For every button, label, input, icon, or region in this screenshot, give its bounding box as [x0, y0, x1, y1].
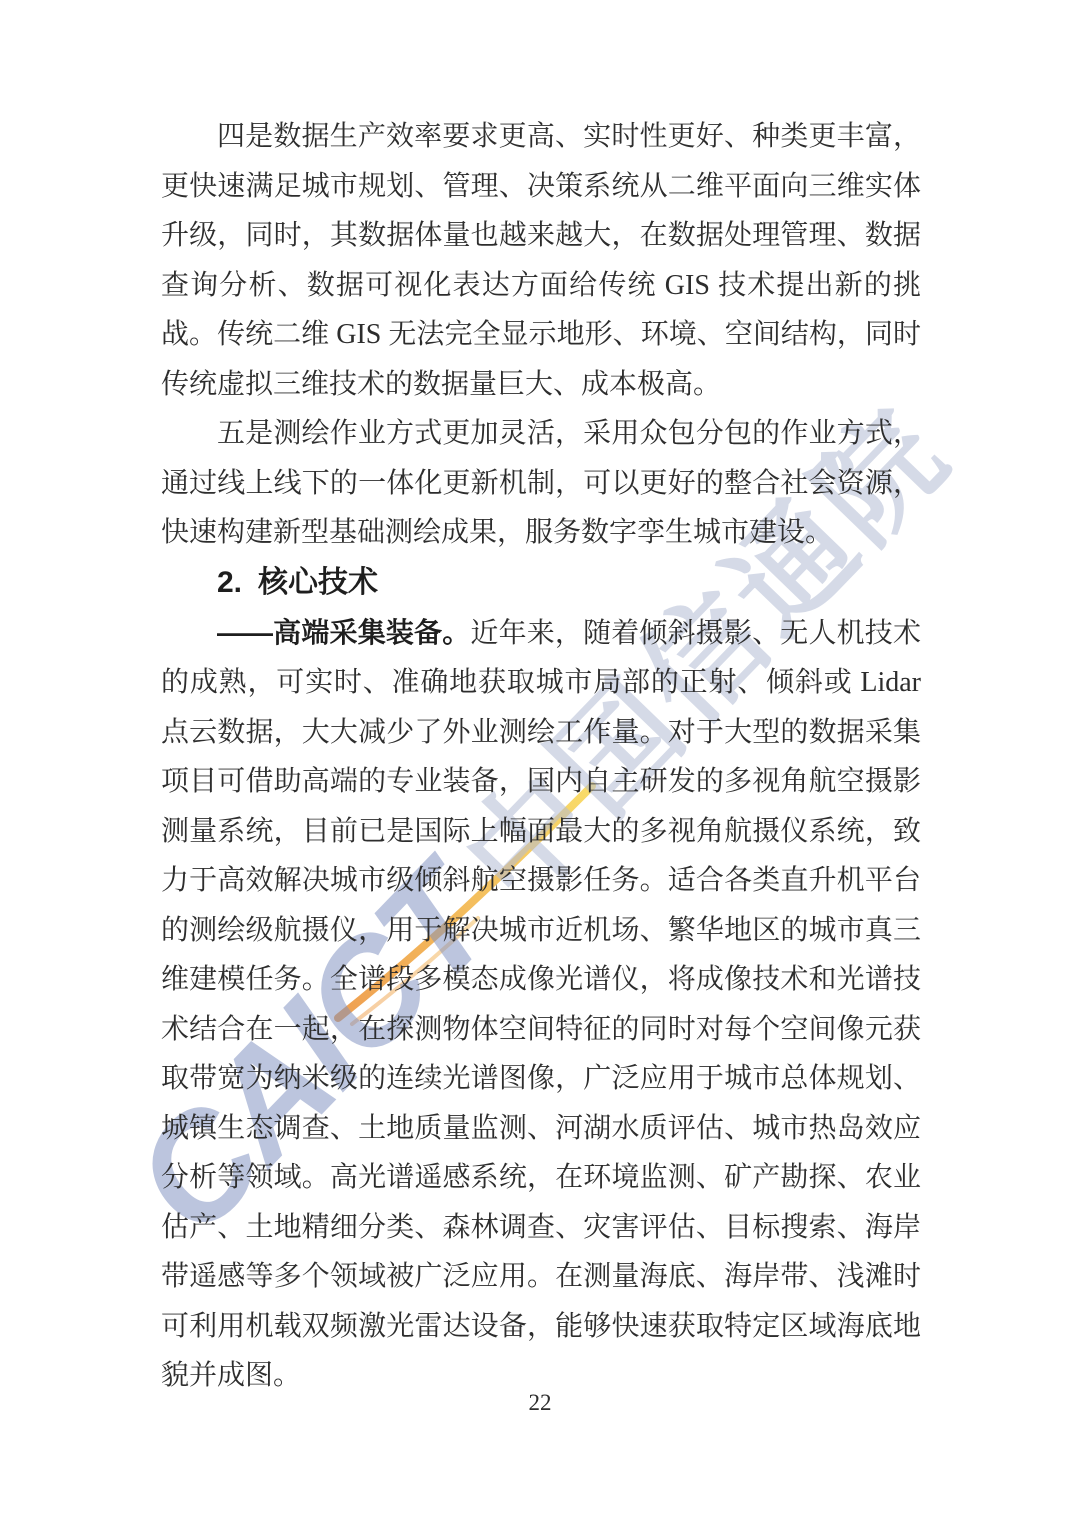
document-content: 四是数据生产效率要求更高、实时性更好、种类更丰富，更快速满足城市规划、管理、决策…	[161, 112, 921, 1401]
section-heading-core-tech: 2.核心技术	[161, 558, 921, 608]
paragraph-point-five: 五是测绘作业方式更加灵活，采用众包分包的作业方式，通过线上线下的一体化更新机制，…	[161, 409, 921, 558]
paragraph-high-end-equipment: ——高端采集装备。近年来，随着倾斜摄影、无人机技术的成熟，可实时、准确地获取城市…	[161, 608, 921, 1401]
document-page: CAICT中国信通院 四是数据生产效率要求更高、实时性更好、种类更丰富，更快速满…	[0, 0, 1080, 1528]
section-heading-number: 2.	[217, 566, 242, 599]
section-heading-title: 核心技术	[258, 566, 378, 599]
paragraph-point-four: 四是数据生产效率要求更高、实时性更好、种类更丰富，更快速满足城市规划、管理、决策…	[161, 112, 921, 409]
paragraph-lead-bold: ——高端采集装备。	[217, 617, 470, 648]
page-number: 22	[0, 1388, 1080, 1418]
paragraph-lead-body: 近年来，随着倾斜摄影、无人机技术的成熟，可实时、准确地获取城市局部的正射、倾斜或…	[161, 618, 921, 1392]
